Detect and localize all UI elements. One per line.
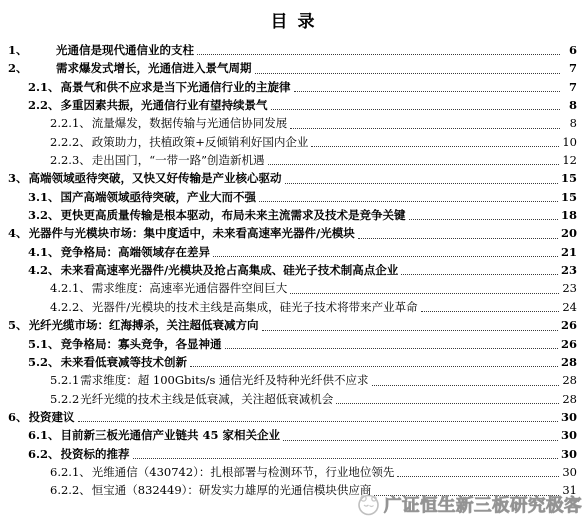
toc-entry-number: 2、 [8, 59, 55, 77]
toc-row[interactable]: 4.2.2、光器件/光模块的技术主线是高集成，硅光子技术将带来产业革命24 [0, 298, 577, 316]
dot-leader [283, 440, 558, 441]
toc-page-number: 23 [561, 261, 577, 279]
toc-entry-number: 2.2.3、 [50, 151, 91, 169]
toc-row[interactable]: 5.2、未来看低衰减等技术创新28 [0, 353, 577, 371]
toc-page-number: 23 [562, 279, 577, 297]
toc-entry-title: 多重因素共振，光通信行业有望持续景气 [61, 96, 268, 114]
toc-entry-title: 光器件/光模块的技术主线是高集成，硅光子技术将带来产业革命 [92, 298, 418, 316]
toc-row[interactable]: 4.1、竞争格局：高端领域存在差异21 [0, 243, 577, 261]
toc-entry-title: 恒宝通（832449）：研发实力雄厚的光通信模块供应商 [92, 481, 372, 499]
toc-page-number: 30 [562, 463, 577, 481]
toc-row[interactable]: 4.2、未来看高速率光器件/光模块及抢占高集成、硅光子技术制高点企业23 [0, 261, 577, 279]
toc-row[interactable]: 3、高端领域亟待突破，又快又好传输是产业核心驱动15 [0, 169, 577, 187]
toc-entry-title: 光器件与光模块市场：集中度适中，未来看高速率光器件/光模块 [29, 224, 355, 242]
toc-page-number: 10 [562, 133, 577, 151]
toc-entry-title: 竞争格局：寡头竞争，各显神通 [61, 335, 222, 353]
toc-entry-title: 需求爆发式增长，光通信进入景气周期 [56, 59, 252, 77]
toc-entry-number: 2.2.1、 [50, 114, 91, 132]
toc-entry-title: 未来看高速率光器件/光模块及抢占高集成、硅光子技术制高点企业 [61, 261, 399, 279]
toc-entry-number: 5.2、 [28, 353, 60, 371]
toc-row[interactable]: 2、需求爆发式增长，光通信进入景气周期7 [0, 59, 577, 77]
dot-leader [262, 330, 558, 331]
toc-list: 1、光通信是现代通信业的支柱62、需求爆发式增长，光通信进入景气周期72.1、高… [0, 41, 585, 500]
toc-entry-number: 1、 [8, 41, 55, 59]
dot-leader [372, 385, 560, 386]
toc-entry-number: 6.1、 [28, 426, 60, 444]
dot-leader [374, 495, 559, 496]
dot-leader [336, 403, 559, 404]
dot-leader [259, 201, 558, 202]
toc-entry-title: 高景气和供不应求是当下光通信行业的主旋律 [61, 78, 291, 96]
toc-page-number: 24 [562, 298, 577, 316]
toc-entry-title: 政策助力，扶植政策+反倾销利好国内企业 [92, 133, 309, 151]
toc-row[interactable]: 4、光器件与光模块市场：集中度适中，未来看高速率光器件/光模块20 [0, 224, 577, 242]
toc-row[interactable]: 6.1、目前新三板光通信产业链共 45 家相关企业30 [0, 426, 577, 444]
toc-entry-number: 6、 [8, 408, 28, 426]
dot-leader [78, 421, 558, 422]
toc-row[interactable]: 3.2、更快更高质量传输是根本驱动，布局未来主流需求及技术是竞争关键18 [0, 206, 577, 224]
toc-row[interactable]: 2.1、高景气和供不应求是当下光通信行业的主旋律7 [0, 78, 577, 96]
toc-entry-title: 高端领域亟待突破，又快又好传输是产业核心驱动 [29, 169, 282, 187]
toc-row[interactable]: 2.2.2、政策助力，扶植政策+反倾销利好国内企业10 [0, 133, 577, 151]
toc-page-number: 8 [563, 114, 577, 132]
toc-entry-number: 5.2.1 [50, 371, 79, 389]
toc-row[interactable]: 2.2、多重因素共振，光通信行业有望持续景气8 [0, 96, 577, 114]
dot-leader [271, 109, 560, 110]
toc-row[interactable]: 3.1、国产高端领域亟待突破，产业大而不强15 [0, 188, 577, 206]
page-title: 目录 [0, 7, 585, 32]
toc-entry-number: 4.2.2、 [50, 298, 91, 316]
toc-row[interactable]: 5.1、竞争格局：寡头竞争，各显神通26 [0, 335, 577, 353]
toc-entry-number: 5.2.2 [50, 390, 79, 408]
toc-page-number: 21 [561, 243, 577, 261]
toc-entry-number: 4.2、 [28, 261, 60, 279]
toc-page-number: 6 [563, 41, 577, 59]
toc-entry-number: 5.1、 [28, 335, 60, 353]
dot-leader [190, 366, 558, 367]
toc-entry-number: 3、 [8, 169, 28, 187]
toc-entry-title: 流量爆发，数据传输与光通信协同发展 [92, 114, 288, 132]
toc-page-number: 30 [561, 445, 577, 463]
toc-page: 目录 1、光通信是现代通信业的支柱62、需求爆发式增长，光通信进入景气周期72.… [0, 7, 585, 519]
dot-leader [311, 146, 559, 147]
toc-page-number: 30 [561, 408, 577, 426]
toc-row[interactable]: 5.2.2光纤光缆的技术主线是低衰减，关注超低衰减机会28 [0, 390, 577, 408]
dot-leader [255, 73, 561, 74]
toc-entry-number: 6.2.2、 [50, 481, 91, 499]
toc-entry-title: 国产高端领域亟待突破，产业大而不强 [61, 188, 257, 206]
toc-row[interactable]: 2.2.1、流量爆发，数据传输与光通信协同发展8 [0, 114, 577, 132]
toc-row[interactable]: 5.2.1需求维度：超 100Gbits/s 通信光纤及特种光纤供不应求28 [0, 371, 577, 389]
toc-page-number: 28 [561, 353, 577, 371]
toc-entry-title: 光维通信（430742）：扎根部署与检测环节，行业地位领先 [92, 463, 395, 481]
dot-leader [268, 164, 560, 165]
toc-page-number: 28 [562, 371, 577, 389]
toc-entry-title: 需求维度：高速率光通信器件空间巨大 [92, 279, 288, 297]
toc-entry-title: 目前新三板光通信产业链共 45 家相关企业 [61, 426, 281, 444]
toc-page-number: 15 [561, 188, 577, 206]
toc-entry-number: 4.2.1、 [50, 279, 91, 297]
toc-entry-number: 2.2、 [28, 96, 60, 114]
toc-page-number: 15 [561, 169, 577, 187]
toc-entry-title: 光通信是现代通信业的支柱 [56, 41, 194, 59]
toc-entry-number: 4、 [8, 224, 28, 242]
toc-row[interactable]: 6.2.2、恒宝通（832449）：研发实力雄厚的光通信模块供应商31 [0, 481, 577, 499]
toc-page-number: 20 [561, 224, 577, 242]
toc-entry-title: 投资标的推荐 [61, 445, 130, 463]
toc-entry-title: 更快更高质量传输是根本驱动，布局未来主流需求及技术是竞争关键 [61, 206, 406, 224]
toc-page-number: 12 [562, 151, 577, 169]
toc-entry-title: 光纤光缆市场：红海搏杀，关注超低衰减方向 [29, 316, 259, 334]
dot-leader [285, 183, 558, 184]
toc-page-number: 28 [562, 390, 577, 408]
toc-page-number: 7 [563, 59, 577, 77]
toc-entry-number: 6.2、 [28, 445, 60, 463]
toc-page-number: 26 [561, 335, 577, 353]
toc-page-number: 31 [562, 481, 577, 499]
toc-entry-title: 投资建议 [29, 408, 75, 426]
dot-leader [401, 274, 558, 275]
dot-leader [397, 476, 559, 477]
dot-leader [133, 458, 558, 459]
toc-entry-title: 竞争格局：高端领域存在差异 [61, 243, 211, 261]
toc-entry-number: 2.2.2、 [50, 133, 91, 151]
toc-entry-title: 需求维度：超 100Gbits/s 通信光纤及特种光纤供不应求 [80, 371, 368, 389]
toc-row[interactable]: 6.2.1、光维通信（430742）：扎根部署与检测环节，行业地位领先30 [0, 463, 577, 481]
toc-row[interactable]: 1、光通信是现代通信业的支柱6 [0, 41, 577, 59]
toc-entry-number: 4.1、 [28, 243, 60, 261]
toc-row[interactable]: 5、光纤光缆市场：红海搏杀，关注超低衰减方向26 [0, 316, 577, 334]
toc-entry-number: 6.2.1、 [50, 463, 91, 481]
toc-entry-number: 5、 [8, 316, 28, 334]
toc-page-number: 30 [561, 426, 577, 444]
toc-entry-title: 光纤光缆的技术主线是低衰减，关注超低衰减机会 [80, 390, 333, 408]
toc-page-number: 7 [563, 78, 577, 96]
toc-entry-number: 3.2、 [28, 206, 60, 224]
toc-entry-title: 未来看低衰减等技术创新 [61, 353, 188, 371]
toc-page-number: 8 [563, 96, 577, 114]
dot-leader [358, 238, 558, 239]
toc-entry-number: 3.1、 [28, 188, 60, 206]
toc-row[interactable]: 6.2、投资标的推荐30 [0, 445, 577, 463]
toc-row[interactable]: 4.2.1、需求维度：高速率光通信器件空间巨大23 [0, 279, 577, 297]
dot-leader [225, 348, 558, 349]
dot-leader [197, 54, 560, 55]
toc-page-number: 26 [561, 316, 577, 334]
dot-leader [421, 311, 560, 312]
dot-leader [294, 91, 560, 92]
dot-leader [213, 256, 558, 257]
toc-entry-title: 走出国门，“一带一路”创造新机遇 [92, 151, 265, 169]
toc-page-number: 18 [561, 206, 577, 224]
toc-entry-number: 2.1、 [28, 78, 60, 96]
dot-leader [290, 293, 559, 294]
toc-row[interactable]: 6、投资建议30 [0, 408, 577, 426]
dot-leader [290, 128, 560, 129]
toc-row[interactable]: 2.2.3、走出国门，“一带一路”创造新机遇12 [0, 151, 577, 169]
dot-leader [409, 219, 558, 220]
